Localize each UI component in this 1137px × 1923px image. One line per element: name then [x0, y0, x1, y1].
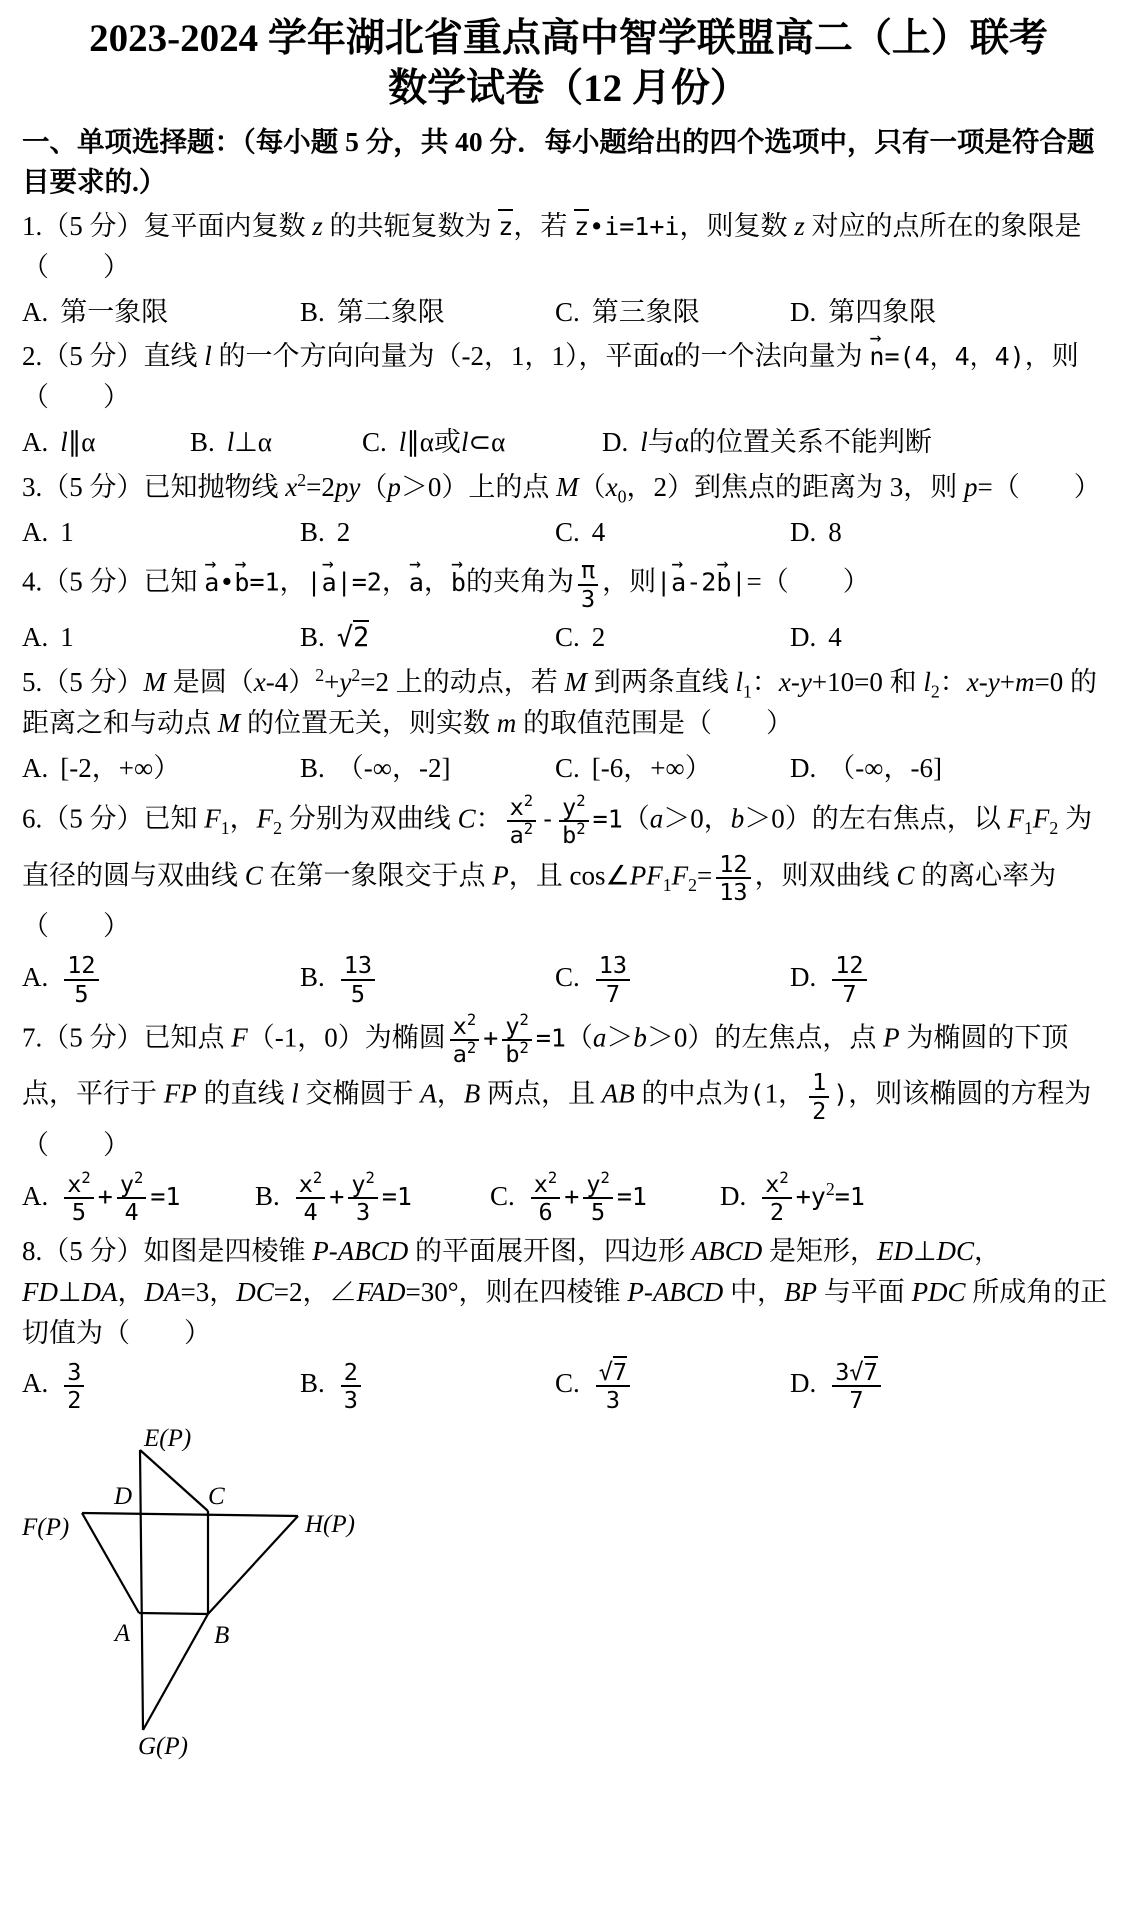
option-content: 125 — [60, 962, 102, 992]
option-content: l∥α — [60, 427, 95, 457]
option-label: C. — [555, 622, 580, 652]
edge-A-B — [139, 1613, 208, 1614]
option-content: x26+y25=1 — [527, 1181, 647, 1211]
option: B.x24+y23=1 — [255, 1168, 490, 1229]
option-content: 2 — [337, 517, 351, 547]
option-content: 4 — [828, 622, 842, 652]
question-text: 8.（5 分）如图是四棱锥 P-ABCD 的平面展开图，四边形 ABCD 是矩形… — [22, 1231, 1115, 1354]
option-label: D. — [790, 753, 816, 783]
question-text: 7.（5 分）已知点 F（-1，0）为椭圆x2a2+y2b2=1（a＞b＞0）的… — [22, 1012, 1115, 1166]
option-content: x22+y2=1 — [758, 1181, 865, 1211]
option-content: 137 — [592, 962, 634, 992]
question-text: 2.（5 分）直线 l 的一个方向向量为（-2，1，1），平面α的一个法向量为 … — [22, 336, 1115, 418]
question-options: A.l∥αB.l⊥αC.l∥α或l⊂αD.l与α的位置关系不能判断 — [22, 420, 1115, 465]
edge-F-A — [82, 1513, 139, 1613]
vertex-label-G: G(P) — [138, 1733, 188, 1760]
option: D.3√77 — [790, 1356, 1115, 1417]
option-label: D. — [790, 622, 816, 652]
question: 8.（5 分）如图是四棱锥 P-ABCD 的平面展开图，四边形 ABCD 是矩形… — [22, 1231, 1115, 1417]
option-label: B. — [300, 622, 325, 652]
edge-E-D-A-G — [140, 1450, 143, 1730]
option-label: B. — [190, 427, 215, 457]
option-content: √73 — [592, 1368, 634, 1398]
option-content: 135 — [337, 962, 379, 992]
option: C.137 — [555, 949, 790, 1010]
option-content: √2 — [337, 622, 370, 652]
option-label: B. — [300, 517, 325, 547]
edge-B-G — [143, 1614, 208, 1730]
option-label: B. — [300, 962, 325, 992]
option-label: A. — [22, 517, 48, 547]
question-options: A.第一象限B.第二象限C.第三象限D.第四象限 — [22, 290, 1115, 335]
question-options: A.1B.2C.4D.8 — [22, 510, 1115, 555]
vertex-label-B: B — [214, 1622, 229, 1649]
option-label: A. — [22, 1181, 48, 1211]
option: D.x22+y2=1 — [720, 1168, 1115, 1229]
option-content: [-2，+∞） — [60, 753, 180, 783]
option: D.8 — [790, 510, 1115, 555]
question-options: A.1B.√2C.2D.4 — [22, 615, 1115, 661]
option: A.125 — [22, 949, 300, 1010]
option: D.（-∞，-6] — [790, 746, 1115, 791]
question: 2.（5 分）直线 l 的一个方向向量为（-2，1，1），平面α的一个法向量为 … — [22, 336, 1115, 465]
question-text: 4.（5 分）已知 a•b=1，|a|=2，a，b的夹角为π3，则|a-2b|=… — [22, 556, 1115, 613]
option-label: A. — [22, 1368, 48, 1398]
option: C.2 — [555, 615, 790, 660]
option-content: （-∞，-2] — [337, 753, 451, 783]
edge-E-C — [140, 1450, 208, 1511]
option: B.第二象限 — [300, 290, 555, 335]
question-text: 6.（5 分）已知 F1，F2 分别为双曲线 C：x2a2-y2b2=1（a＞0… — [22, 793, 1115, 947]
option-label: A. — [22, 622, 48, 652]
option-label: D. — [790, 297, 816, 327]
question-options: A.32B.23C.√73D.3√77 — [22, 1356, 1115, 1417]
option-content: 8 — [828, 517, 842, 547]
option-content: [-6，+∞） — [592, 753, 712, 783]
option: C.4 — [555, 510, 790, 555]
option-content: 1 — [60, 517, 74, 547]
option-label: A. — [22, 427, 48, 457]
option-content: l∥α或l⊂α — [399, 427, 505, 457]
option-content: 第四象限 — [828, 297, 936, 327]
option: C.l∥α或l⊂α — [362, 420, 602, 465]
paper-title: 2023-2024 学年湖北省重点高中智学联盟高二（上）联考 — [22, 14, 1115, 64]
option: B.（-∞，-2] — [300, 746, 555, 791]
option-label: B. — [300, 753, 325, 783]
option: C.x26+y25=1 — [490, 1168, 720, 1229]
vertex-label-F: F(P) — [22, 1514, 69, 1541]
option: A.1 — [22, 510, 300, 555]
option-label: C. — [555, 1368, 580, 1398]
option-label: A. — [22, 753, 48, 783]
edge-F-D-C-H — [82, 1513, 298, 1516]
paper-subtitle: 数学试卷（12 月份） — [22, 64, 1115, 114]
vertex-label-D: D — [113, 1483, 132, 1510]
question: 5.（5 分）M 是圆（x-4）2+y2=2 上的动点，若 M 到两条直线 l1… — [22, 662, 1115, 791]
option: D.127 — [790, 949, 1115, 1010]
edge-H-B — [208, 1516, 298, 1614]
option: A.第一象限 — [22, 290, 300, 335]
option-label: C. — [555, 517, 580, 547]
option-label: C. — [555, 297, 580, 327]
option: A.32 — [22, 1356, 300, 1417]
option-content: 127 — [828, 962, 870, 992]
vertex-label-C: C — [208, 1483, 225, 1510]
option: C.√73 — [555, 1356, 790, 1417]
vertex-label-A: A — [113, 1620, 131, 1647]
question-text: 5.（5 分）M 是圆（x-4）2+y2=2 上的动点，若 M 到两条直线 l1… — [22, 662, 1115, 744]
option-label: C. — [555, 962, 580, 992]
question: 1.（5 分）复平面内复数 z 的共轭复数为 z，若 z•i=1+i，则复数 z… — [22, 206, 1115, 335]
question-text: 3.（5 分）已知抛物线 x2=2py（p＞0）上的点 M（x0，2）到焦点的距… — [22, 467, 1115, 508]
option: A.x25+y24=1 — [22, 1168, 255, 1229]
option-label: A. — [22, 962, 48, 992]
option-content: x25+y24=1 — [60, 1181, 180, 1211]
pyramid-net-svg: E(P) D C F(P) H(P) A B G(P) — [22, 1422, 367, 1767]
option-label: D. — [720, 1181, 746, 1211]
question: 7.（5 分）已知点 F（-1，0）为椭圆x2a2+y2b2=1（a＞b＞0）的… — [22, 1012, 1115, 1229]
option-content: x24+y23=1 — [292, 1181, 412, 1211]
question: 4.（5 分）已知 a•b=1，|a|=2，a，b的夹角为π3，则|a-2b|=… — [22, 556, 1115, 660]
option: D.4 — [790, 615, 1115, 660]
question: 3.（5 分）已知抛物线 x2=2py（p＞0）上的点 M（x0，2）到焦点的距… — [22, 467, 1115, 555]
option-content: 23 — [337, 1368, 365, 1398]
vertex-label-H: H(P) — [304, 1511, 355, 1538]
exam-paper: 2023-2024 学年湖北省重点高中智学联盟高二（上）联考 数学试卷（12 月… — [0, 0, 1137, 1923]
section-header: 一、单项选择题：（每小题 5 分，共 40 分．每小题给出的四个选项中，只有一项… — [22, 122, 1115, 202]
option: C.第三象限 — [555, 290, 790, 335]
option: A.1 — [22, 615, 300, 660]
option-content: 4 — [592, 517, 606, 547]
option-content: 第三象限 — [592, 297, 700, 327]
option-content: 第二象限 — [337, 297, 445, 327]
question: 6.（5 分）已知 F1，F2 分别为双曲线 C：x2a2-y2b2=1（a＞0… — [22, 793, 1115, 1010]
option-content: 32 — [60, 1368, 88, 1398]
option-label: A. — [22, 297, 48, 327]
option: B.135 — [300, 949, 555, 1010]
option-label: D. — [790, 1368, 816, 1398]
option-content: 1 — [60, 622, 74, 652]
option-content: （-∞，-6] — [828, 753, 942, 783]
question-options: A.[-2，+∞）B.（-∞，-2]C.[-6，+∞）D.（-∞，-6] — [22, 746, 1115, 791]
option-label: C. — [490, 1181, 515, 1211]
option: B.√2 — [300, 615, 555, 661]
option-label: B. — [300, 1368, 325, 1398]
option-label: B. — [255, 1181, 280, 1211]
option-label: D. — [602, 427, 628, 457]
option: B.23 — [300, 1356, 555, 1417]
option: B.2 — [300, 510, 555, 555]
question-list: 1.（5 分）复平面内复数 z 的共轭复数为 z，若 z•i=1+i，则复数 z… — [22, 206, 1115, 1417]
option: D.第四象限 — [790, 290, 1115, 335]
pyramid-unfolding-figure: E(P) D C F(P) H(P) A B G(P) — [22, 1422, 1115, 1767]
option-label: D. — [790, 962, 816, 992]
option: D.l与α的位置关系不能判断 — [602, 420, 1115, 465]
question-text: 1.（5 分）复平面内复数 z 的共轭复数为 z，若 z•i=1+i，则复数 z… — [22, 206, 1115, 288]
question-options: A.x25+y24=1B.x24+y23=1C.x26+y25=1D.x22+y… — [22, 1168, 1115, 1229]
option: B.l⊥α — [190, 420, 362, 465]
option-content: 第一象限 — [60, 297, 168, 327]
option: A.l∥α — [22, 420, 190, 465]
question-options: A.125B.135C.137D.127 — [22, 949, 1115, 1010]
option-label: D. — [790, 517, 816, 547]
option-content: l⊥α — [227, 427, 272, 457]
option-content: 2 — [592, 622, 606, 652]
option-content: 3√77 — [828, 1368, 884, 1398]
option-content: l与α的位置关系不能判断 — [640, 427, 932, 457]
option-label: B. — [300, 297, 325, 327]
option: C.[-6，+∞） — [555, 746, 790, 791]
option: A.[-2，+∞） — [22, 746, 300, 791]
option-label: C. — [362, 427, 387, 457]
vertex-label-E: E(P) — [143, 1425, 191, 1452]
option-label: C. — [555, 753, 580, 783]
